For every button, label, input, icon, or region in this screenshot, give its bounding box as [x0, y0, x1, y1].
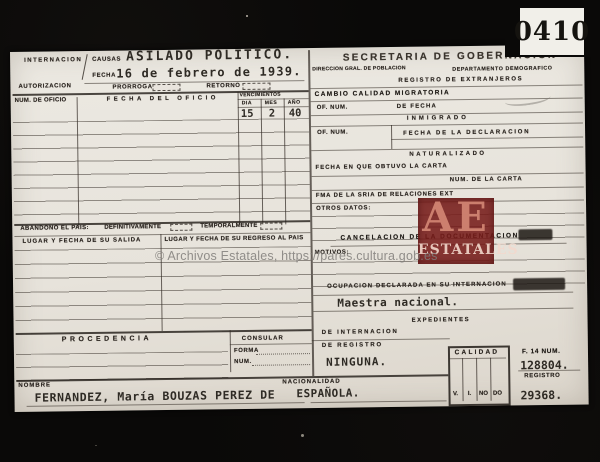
causas-value: ASILADO POLITICO. — [126, 47, 293, 64]
rule — [312, 173, 584, 178]
procedencia-label: PROCEDENCIA — [62, 335, 152, 343]
temporalmente-label: TEMPORALMENTE — [200, 223, 257, 230]
scan-speck — [95, 445, 97, 446]
rule — [256, 353, 310, 355]
calidad-col-do: DO — [490, 391, 504, 397]
de-registro-label: DE REGISTRO — [322, 342, 383, 349]
expedientes-label: EXPEDIENTES — [412, 317, 471, 324]
rule — [252, 364, 310, 366]
de-internacion-label: DE INTERNACION — [322, 329, 399, 336]
de-fecha-label: DE FECHA — [397, 103, 437, 110]
registro-value: 29368. — [520, 388, 562, 403]
rule — [311, 400, 447, 403]
retorno-label: RETORNO — [206, 83, 240, 89]
nombre-label: NOMBRE — [18, 382, 51, 388]
prorroga-label: PRORROGA — [112, 84, 152, 91]
consular-label: CONSULAR — [242, 335, 284, 342]
num-carta-label: NUM. DE LA CARTA — [450, 176, 523, 183]
rule — [84, 80, 304, 84]
registro-label: REGISTRO — [524, 373, 560, 379]
brace-divider — [82, 54, 88, 80]
rule — [391, 137, 583, 141]
otros-datos-label: OTROS DATOS: — [316, 205, 371, 212]
venc-col-mes: MES — [265, 101, 278, 106]
fecha-oficio-label: FECHA DEL OFICIO — [107, 95, 219, 102]
expedientes-value: NINGUNA. — [326, 355, 387, 369]
nacionalidad-value: ESPAÑOLA. — [296, 386, 359, 400]
direccion-subtitle: DIRECCION GRAL. DE POBLACION — [312, 66, 406, 72]
causas-label: CAUSAS — [92, 57, 121, 63]
ocupacion-label: OCUPACION DECLARADA EN SU INTERNACION — [327, 282, 507, 290]
fecha-declaracion-label: FECHA DE LA DECLARACION — [403, 129, 530, 137]
of-num-label-1: OF. NUM. — [317, 105, 348, 111]
definitivamente-checkbox — [170, 224, 192, 231]
cambio-calidad-label: CAMBIO CALIDAD MIGRATORIA — [315, 89, 451, 98]
abandono-label: ABANDONO EL PAIS: — [20, 225, 89, 232]
pencil-mark — [504, 90, 551, 108]
logo-initials: AE — [418, 194, 494, 241]
scan-speck — [246, 15, 248, 17]
inmigrado-label: INMIGRADO — [407, 115, 469, 122]
departamento-subtitle: DEPARTAMENTO DEMOGRAFICO — [452, 66, 552, 73]
naturalizado-label: NATURALIZADO — [409, 151, 486, 158]
retorno-checkbox — [242, 83, 270, 90]
rule — [311, 123, 583, 128]
nacionalidad-label: NACIONALIDAD — [282, 379, 340, 386]
venc-col-dia: DIA — [242, 101, 252, 106]
temporalmente-checkbox — [260, 222, 282, 229]
column-divider — [391, 125, 392, 149]
fecha-value: 16 de febrero de 1939. — [116, 64, 302, 80]
of-num-label-2: OF. NUM. — [317, 130, 348, 136]
stamp-smudge — [513, 278, 565, 291]
vencimientos-label: VENCIMIENTOS — [240, 92, 281, 97]
column-divider — [230, 330, 232, 372]
regreso-label: LUGAR Y FECHA DE SU REGRESO AL PAIS — [164, 235, 303, 243]
rule — [312, 338, 450, 341]
copyright-watermark: © Archivos Estatales, https://pares.cult… — [155, 249, 438, 263]
salida-label: LUGAR Y FECHA DE SU SALIDA — [22, 237, 141, 245]
rule — [230, 343, 312, 345]
definitivamente-label: DEFINITIVAMENTE — [104, 224, 161, 231]
fecha-label: FECHA — [92, 73, 116, 79]
registration-card: INTERNACION CAUSAS ASILADO POLITICO. FEC… — [10, 44, 589, 411]
scan-speck — [301, 434, 304, 437]
calidad-label: CALIDAD — [448, 349, 506, 357]
num-oficio-label: NUM. DE OFICIO — [15, 97, 67, 104]
venc-col-ano: AÑO — [288, 100, 301, 105]
fecha-carta-label: FECHA EN QUE OBTUVO LA CARTA — [316, 163, 448, 171]
calidad-col-i: I. — [462, 391, 476, 397]
stamp-smudge — [518, 229, 552, 240]
prorroga-checkbox — [152, 84, 180, 91]
autorizacion-label: AUTORIZACION — [18, 83, 71, 90]
f14-label: F. 14 NUM. — [522, 348, 561, 356]
scan-page: INTERNACION CAUSAS ASILADO POLITICO. FEC… — [0, 0, 600, 462]
page-number: 0410 — [520, 8, 584, 55]
internacion-label: INTERNACION — [24, 57, 82, 64]
calidad-col-no: NO — [476, 391, 490, 397]
ocupacion-value: Maestra nacional. — [337, 295, 458, 310]
registro-extranjeros-header: REGISTRO DE EXTRANJEROS — [398, 76, 523, 84]
calidad-col-v: V. — [448, 391, 462, 397]
num-label: NUM. — [234, 359, 252, 365]
ruled-lines — [13, 118, 310, 218]
